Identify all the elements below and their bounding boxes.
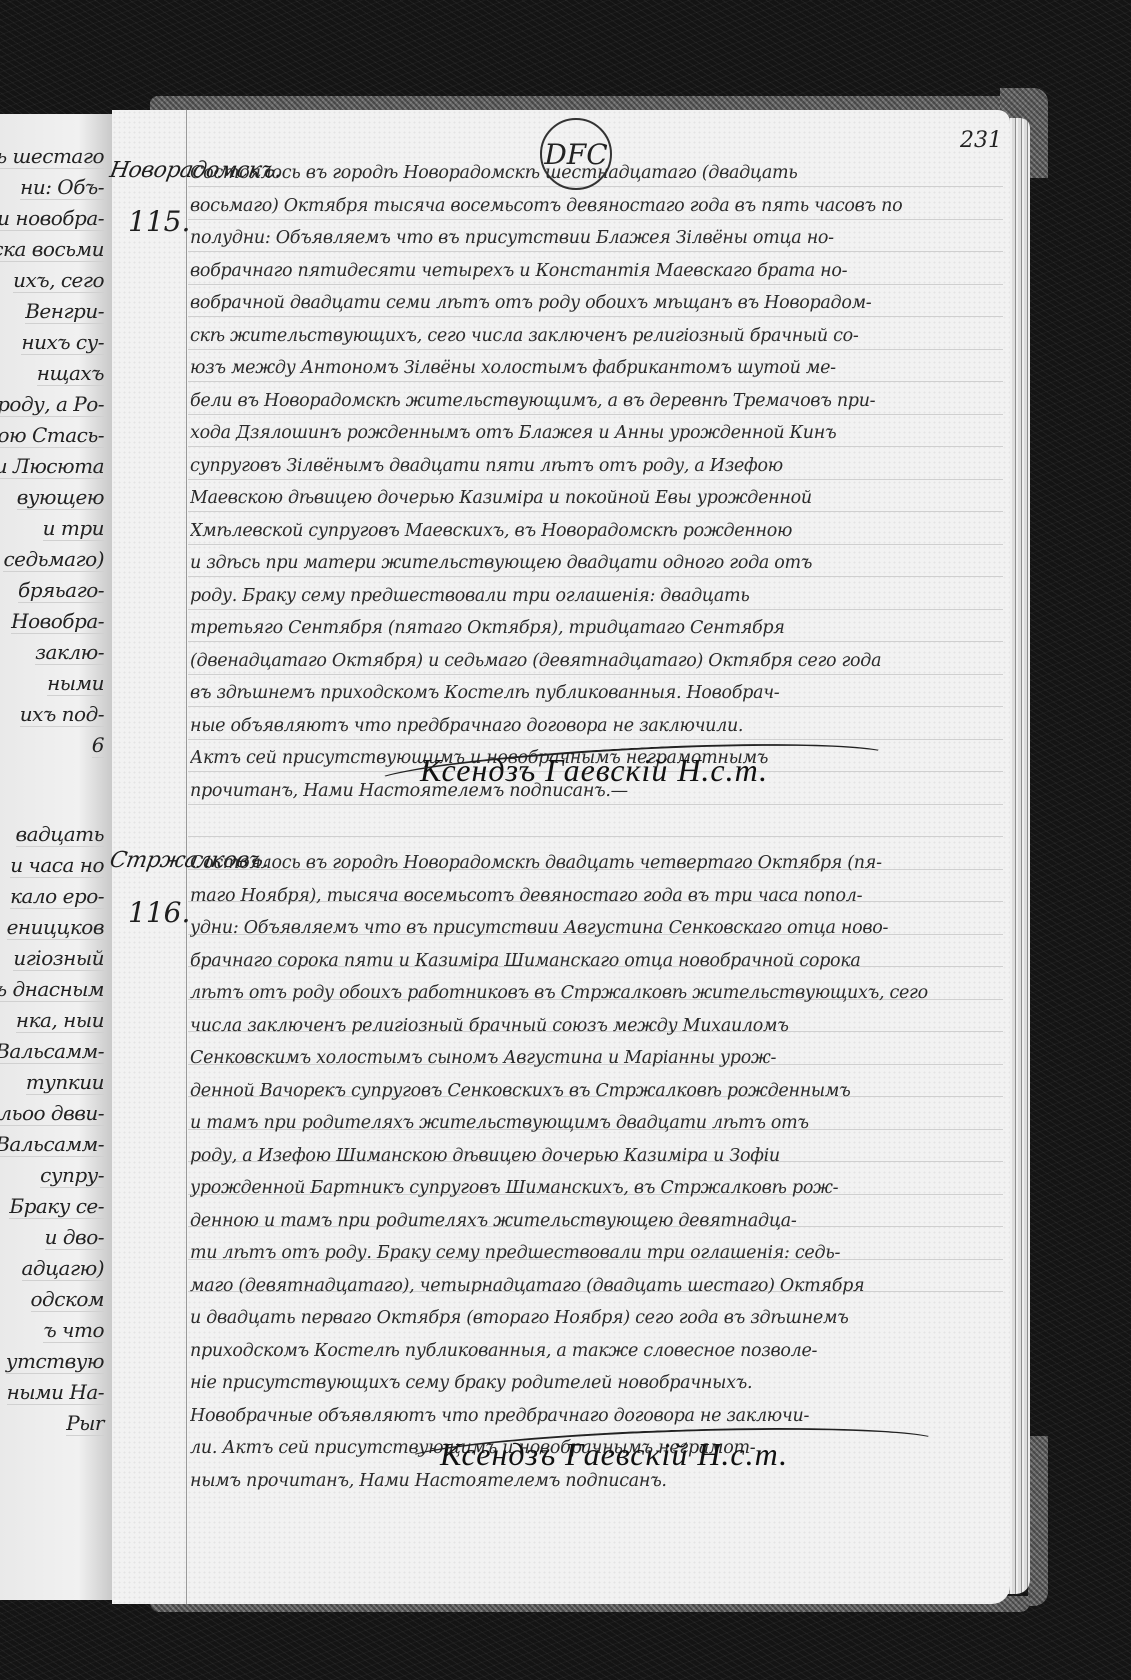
left-page-line-fragment: ою Стась- [0, 423, 104, 448]
left-page-line-fragment: тупкии [26, 1070, 104, 1095]
ruled-line [188, 836, 1003, 837]
left-page-line-fragment: вующею [17, 485, 104, 510]
entry-line: скѣ жительствующихъ, сего числа заключен… [190, 321, 995, 354]
left-page-line-fragment: Рыr [66, 1411, 104, 1436]
entry-116-text: Состоялось въ городѣ Новорадомскѣ двадца… [190, 848, 995, 1498]
entry-line: денной Вачорекъ супруговъ Сенковскихъ въ… [190, 1076, 995, 1109]
left-page-line-fragment: ениццков [7, 915, 104, 940]
entry-115-text: Состоялось въ городѣ Новорадомскѣ шестна… [190, 158, 995, 808]
entry-line: вобрачнаго пятидесяти четырехъ и Констан… [190, 256, 995, 289]
left-page-line-fragment: адцагю) [22, 1256, 105, 1281]
left-page-line-fragment: иска восьми [0, 237, 104, 262]
left-page-line-fragment: льоо двви- [0, 1101, 104, 1126]
left-page-line-fragment: одском [31, 1287, 104, 1312]
cover-corner-bottom-right [1028, 1436, 1048, 1606]
entry-115-number: 115. [128, 205, 190, 238]
left-page-line-fragment: ихъ под- [20, 702, 104, 727]
left-page-line-fragment: и Люсюта [0, 454, 104, 479]
entry-line: третьяго Сентября (пятаго Октября), трид… [190, 613, 995, 646]
entry-line: Сенковскимъ холостымъ сыномъ Августина и… [190, 1043, 995, 1076]
entry-line: маго (девятнадцатаго), четырнадцатаго (д… [190, 1271, 995, 1304]
left-page-line-fragment: Новобра- [11, 609, 104, 634]
left-page-line-fragment: и три [43, 516, 104, 541]
entry-line: юзъ между Антономъ Зiлвёны холостымъ фаб… [190, 353, 995, 386]
entry-line: денною и тамъ при родителяхъ жительствую… [190, 1206, 995, 1239]
entry-line: нiе присутствующихъ сему браку родителей… [190, 1368, 995, 1401]
left-page-line-fragment: игiозный [13, 946, 104, 971]
left-page-line-fragment: Браку се- [9, 1194, 104, 1219]
entry-line: въ здѣшнемъ приходскомъ Костелѣ публиков… [190, 678, 995, 711]
entry-line: роду. Браку сему предшествовали три огла… [190, 581, 995, 614]
entry-line: ти лѣтъ отъ роду. Браку сему предшествов… [190, 1238, 995, 1271]
left-page-line-fragment: ихъ, сего [13, 268, 104, 293]
entry-line: полудни: Объявляемъ что въ присутствии Б… [190, 223, 995, 256]
entry-line: таго Ноября), тысяча восемьсотъ девяност… [190, 881, 995, 914]
left-page-line-fragment: заклю- [35, 640, 104, 665]
entry-line: Состоялось въ городѣ Новорадомскѣ двадца… [190, 848, 995, 881]
left-page-line-fragment: ъ днасным [0, 977, 104, 1002]
left-page-line-fragment: Вальсамм- [0, 1132, 104, 1157]
entry-line: приходскомъ Костелѣ публикованныя, а так… [190, 1336, 995, 1369]
left-page-line-fragment: ь шестаго [0, 144, 104, 169]
left-page-line-fragment: роду, а Ро- [0, 392, 104, 417]
entry-line: брачнаго сорока пяти и Казимiра Шиманска… [190, 946, 995, 979]
entry-line: и тамъ при родителяхъ жительствующимъ дв… [190, 1108, 995, 1141]
left-page-line-fragment: седьмаго) [3, 547, 104, 572]
entry-line: и двадцать перваго Октября (втораго Нояб… [190, 1303, 995, 1336]
entry-line: восьмаго) Октября тысяча восемьсотъ девя… [190, 191, 995, 224]
left-page-line-fragment: нка, ныи [16, 1008, 104, 1033]
entry-line: лѣтъ отъ роду обоихъ работниковъ въ Стрж… [190, 978, 995, 1011]
entry-line: хода Дзялошинъ рожденнымъ отъ Блажея и А… [190, 418, 995, 451]
entry-line: вобрачной двадцати семи лѣтъ отъ роду об… [190, 288, 995, 321]
left-page-line-fragment: утствую [6, 1349, 104, 1374]
left-page-line-fragment: и часа но [10, 853, 104, 878]
entry-line: урожденной Бартникъ супруговъ Шиманскихъ… [190, 1173, 995, 1206]
left-page-line-fragment: ными На- [7, 1380, 104, 1405]
page-number: 231 [960, 128, 1002, 153]
entry-line: ные объявляютъ что предбрачнаго договора… [190, 711, 995, 744]
entry-line: Маевскою дѣвицею дочерью Казимiра и поко… [190, 483, 995, 516]
left-page-line-fragment: ни: Объ- [20, 175, 104, 200]
left-page-line-fragment: супру- [40, 1163, 104, 1188]
left-page-line-fragment: Венгри- [25, 299, 104, 324]
left-page-line-fragment: Вальсамм- [0, 1039, 104, 1064]
entry-line: роду, а Изефою Шиманскою дѣвицею дочерью… [190, 1141, 995, 1174]
entry-line: Новобрачные объявляютъ что предбрачнаго … [190, 1401, 995, 1434]
entry-line: супруговъ Зiлвёнымъ двадцати пяти лѣтъ о… [190, 451, 995, 484]
entry-line: Хмѣлевской супруговъ Маевскихъ, въ Новор… [190, 516, 995, 549]
entry-line: числа заключенъ религiозный брачный союз… [190, 1011, 995, 1044]
left-page-line-fragment: ными [47, 671, 104, 696]
entry-line: (двенадцатаго Октября) и седьмаго (девят… [190, 646, 995, 679]
entry-line: удни: Объявляемъ что въ присутствии Авгу… [190, 913, 995, 946]
left-page-line-fragment: кало еро- [10, 884, 104, 909]
left-page-line-fragment: и дво- [45, 1225, 104, 1250]
left-page-line-fragment: нщахъ [37, 361, 104, 386]
left-page-line-fragment: и новобра- [0, 206, 104, 231]
left-page-line-fragment: нихъ су- [21, 330, 104, 355]
left-page-line-fragment: вадцать [16, 822, 104, 847]
entry-line: бели въ Новорадомскѣ жительствующимъ, а … [190, 386, 995, 419]
left-page-line-fragment: бряьаго- [18, 578, 104, 603]
left-page-line-fragment: 6 [92, 733, 104, 758]
left-facing-page: ь шестагони: Объ-и новобра-иска восьмиих… [0, 114, 113, 1600]
entry-line: и здѣсь при матери жительствующею двадца… [190, 548, 995, 581]
entry-line: Состоялось въ городѣ Новорадомскѣ шестна… [190, 158, 995, 191]
left-page-line-fragment: ъ что [43, 1318, 104, 1343]
entry-116-number: 116. [128, 896, 190, 929]
